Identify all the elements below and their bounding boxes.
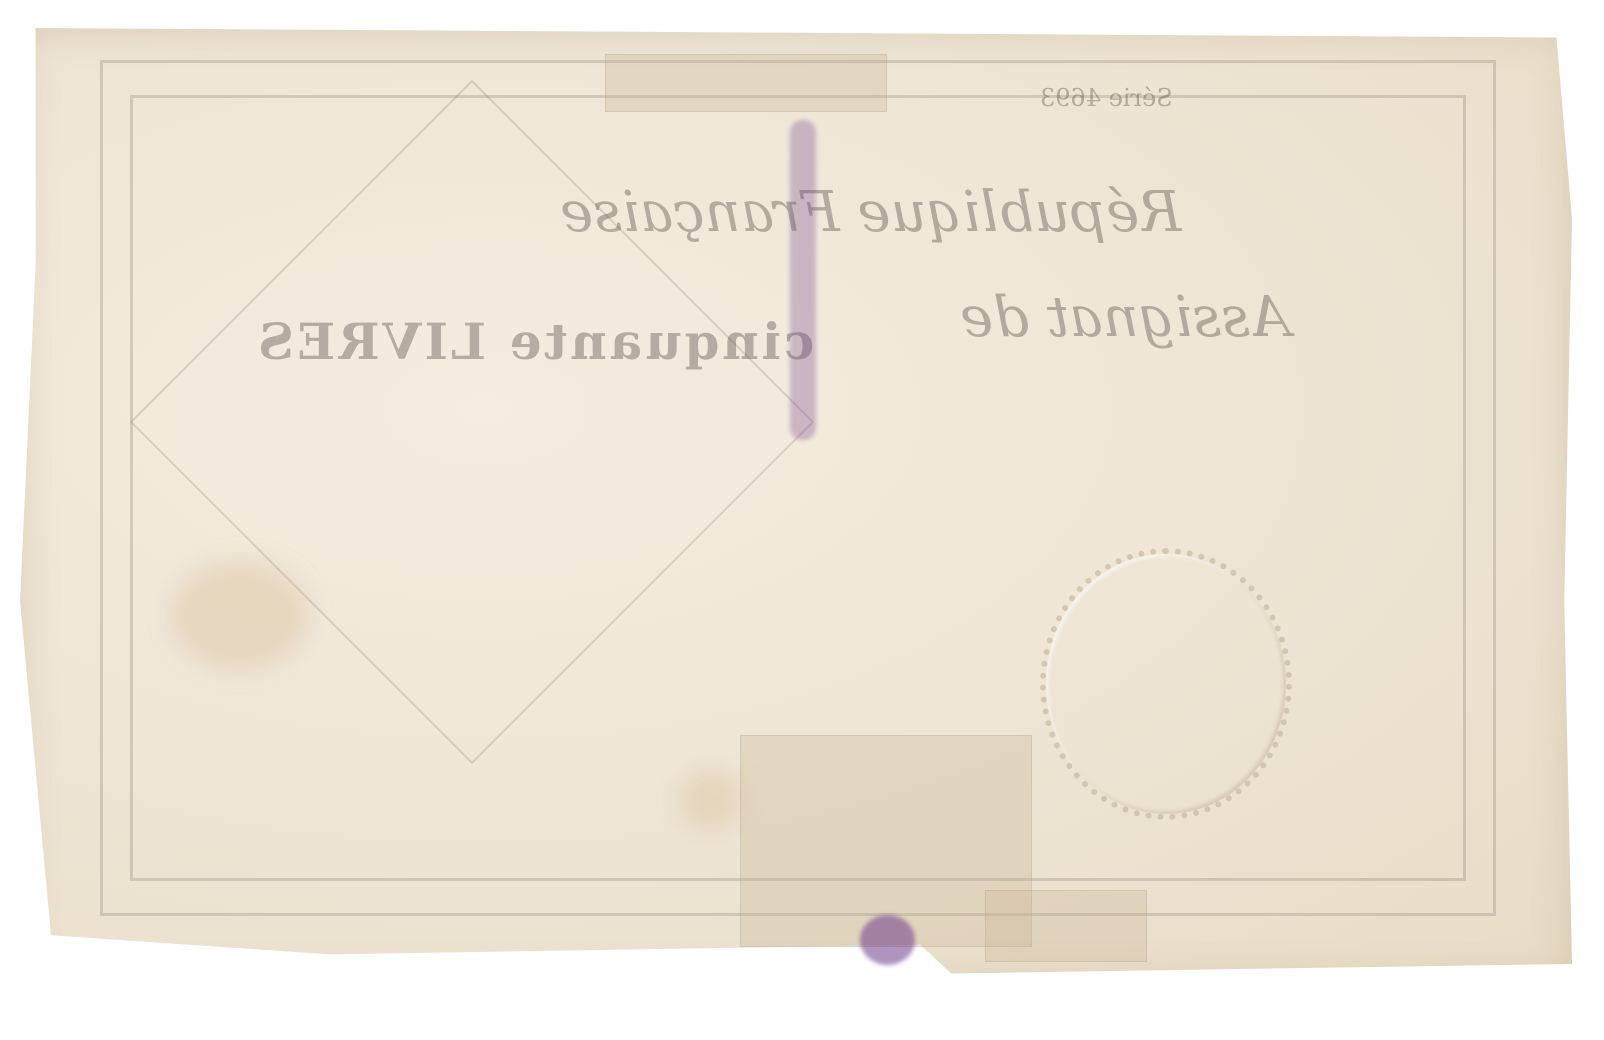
ink-stain-bottom (860, 915, 915, 965)
tape-bottom-right (985, 890, 1147, 962)
foxing-stain-left (170, 560, 310, 670)
title-text: République Française (560, 180, 1181, 245)
ink-stain-top (790, 120, 816, 440)
tape-top (605, 54, 887, 112)
subtitle-text: Assignat de (960, 285, 1290, 350)
denomination-text: cinquante LIVRES (255, 312, 814, 371)
serie-number: Série 4693 (1040, 84, 1173, 112)
foxing-stain-bottom (680, 770, 740, 830)
embossed-seal (1040, 548, 1292, 820)
